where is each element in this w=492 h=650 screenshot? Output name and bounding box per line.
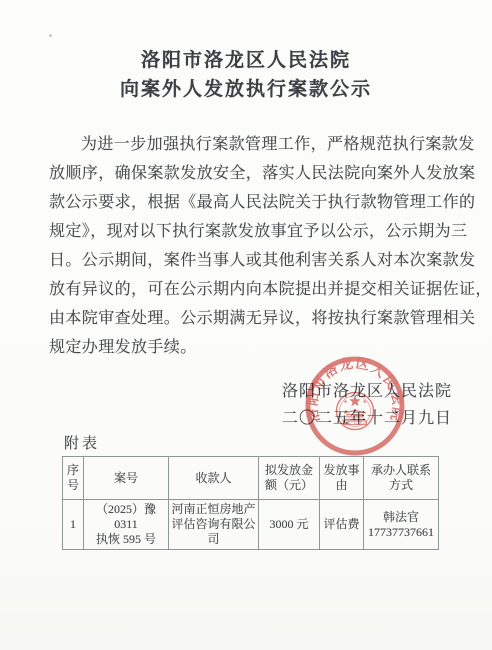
body-line: 放有异议的，可在公示期内向本院提出并提交相关证据佐证， (49, 275, 456, 304)
payee-line: 司 (171, 532, 256, 547)
body-line: 款公示要求，根据《最高人民法院关于执行款物管理工作的 (49, 188, 456, 217)
payee-line: 河南正恒房地产 (171, 502, 256, 517)
cell-case-no: （2025）豫 0311 执恢 595 号 (84, 500, 169, 550)
contact-phone: 17737737661 (366, 525, 436, 540)
header-payee: 收款人 (169, 457, 259, 500)
document-title-line2: 向案外人发放执行案款公示 (0, 74, 492, 101)
cell-reason: 评估费 (320, 500, 364, 550)
attachment-table-label: 附表 (64, 432, 100, 453)
table-row: 1 （2025）豫 0311 执恢 595 号 河南正恒房地产 评估咨询有限公 … (63, 500, 439, 550)
body-line: 为进一步加强执行案款管理工作，严格规范执行案款发 (49, 130, 456, 159)
contact-officer: 韩法官 (366, 510, 436, 525)
header-seq: 序号 (63, 457, 84, 500)
header-amount: 拟发放金额（元） (259, 457, 320, 500)
scan-speck (49, 34, 52, 37)
signature-block: 洛阳市洛龙区人民法院 二〇二五年十二月九日 (282, 378, 452, 432)
header-case-no: 案号 (84, 457, 169, 500)
case-no-line: 执恢 595 号 (86, 532, 166, 547)
body-line: 规定办理发放手续。 (49, 333, 456, 362)
cell-seq: 1 (63, 500, 84, 550)
cell-payee: 河南正恒房地产 评估咨询有限公 司 (169, 500, 259, 550)
body-line: 放顺序，确保案款发放安全，落实人民法院向案外人发放案 (49, 159, 456, 188)
signature-date: 二〇二五年十二月九日 (282, 405, 452, 432)
body-line: 由本院审查处理。公示期满无异议，将按执行案款管理相关 (49, 304, 456, 333)
signature-court-name: 洛阳市洛龙区人民法院 (282, 378, 452, 405)
cell-contact: 韩法官 17737737661 (364, 500, 439, 550)
payee-line: 评估咨询有限公 (171, 517, 256, 532)
header-contact: 承办人联系方式 (364, 457, 439, 500)
document-page: 洛阳市洛龙区人民法院 向案外人发放执行案款公示 为进一步加强执行案款管理工作，严… (0, 0, 492, 650)
payout-table: 序号 案号 收款人 拟发放金额（元） 发放事由 承办人联系方式 1 （2025）… (62, 456, 439, 550)
body-line: 日。公示期间，案件当事人或其他利害关系人对本次案款发 (49, 246, 456, 275)
header-reason: 发放事由 (320, 457, 364, 500)
notice-body: 为进一步加强执行案款管理工作，严格规范执行案款发 放顺序，确保案款发放安全，落实… (49, 130, 456, 362)
cell-amount: 3000 元 (259, 500, 320, 550)
case-no-line: （2025）豫 0311 (86, 502, 166, 532)
table-header-row: 序号 案号 收款人 拟发放金额（元） 发放事由 承办人联系方式 (63, 457, 439, 500)
document-title-line1: 洛阳市洛龙区人民法院 (0, 45, 492, 72)
body-line: 规定》，现对以下执行案款发放事宜予以公示，公示期为三 (49, 217, 456, 246)
